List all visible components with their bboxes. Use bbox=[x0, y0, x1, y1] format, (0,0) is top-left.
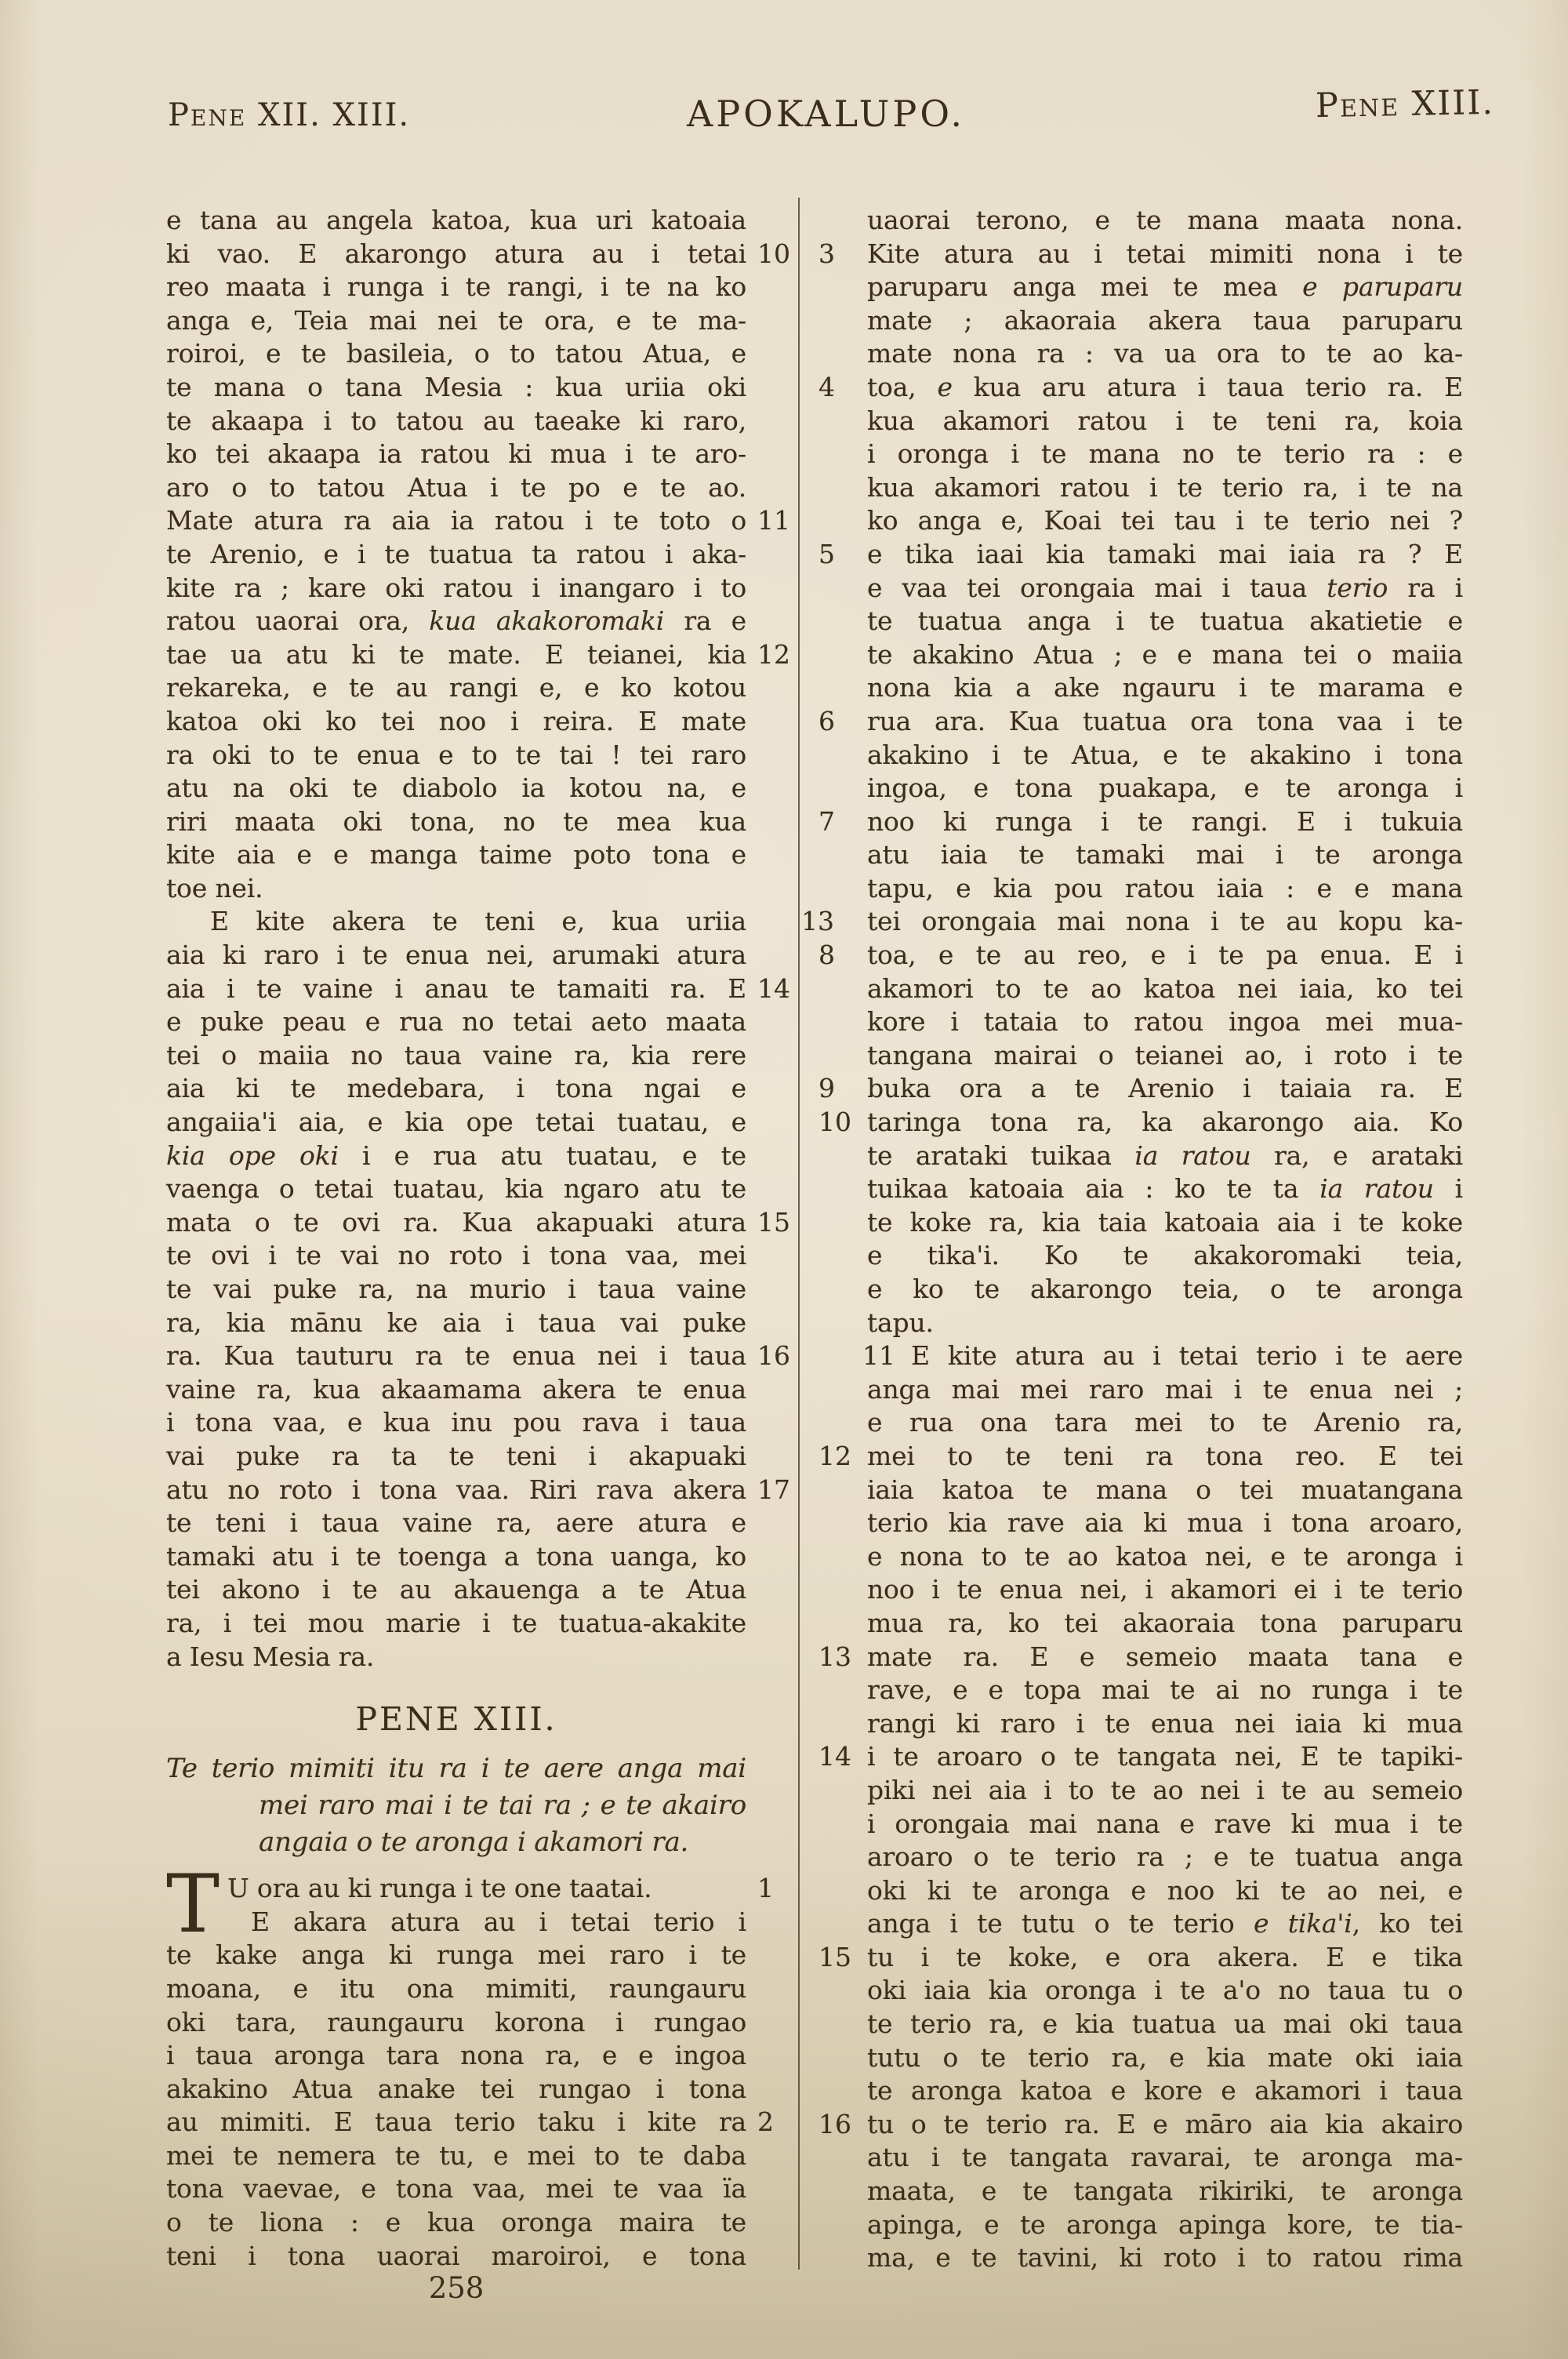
text-line: piki nei aia i to te ao nei i te au seme… bbox=[867, 1774, 1463, 1808]
text-line: oki tara, raungauru korona i rungao bbox=[166, 2006, 746, 2040]
text-line: i tona vaa, e kua inu pou rava i taua bbox=[166, 1406, 746, 1440]
verse-number: 10 bbox=[750, 238, 798, 271]
text-line: o te liona : e kua oronga maira te bbox=[166, 2206, 746, 2240]
verse-number: 14 bbox=[750, 972, 798, 1006]
text-line: kua akamori ratou i te teni ra, koia bbox=[867, 405, 1463, 438]
text-line: te teni i taua vaine ra, aere atura e bbox=[166, 1507, 746, 1540]
text-line: i taua aronga tara nona ra, e e ingoa bbox=[166, 2039, 746, 2073]
text-line: ra, i tei mou marie i te tuatua-akakite bbox=[166, 1607, 746, 1641]
text-line: atu no roto i tona vaa. Riri rava akera1… bbox=[166, 1474, 746, 1507]
left-column-verse-text: U ora au ki runga i te one taatai.1E aka… bbox=[166, 1872, 746, 2273]
text-line: taringa tona ra, ka akarongo aia. Ko10 bbox=[867, 1106, 1463, 1140]
verse-number: 3 bbox=[818, 238, 856, 271]
verse-number: 12 bbox=[750, 638, 798, 672]
text-line: mei te nemera te tu, e mei to te daba bbox=[166, 2139, 746, 2173]
verse-number: 13 bbox=[750, 905, 798, 939]
text-line: ra. Kua tauturu ra te enua nei i taua16 bbox=[166, 1339, 746, 1373]
text-line: kua akamori ratou i te terio ra, i te na bbox=[867, 471, 1463, 505]
text-line: atu na oki te diabolo ia kotou na, e bbox=[166, 772, 746, 805]
verse-number: 16 bbox=[750, 1339, 798, 1373]
text-line: aro o to tatou Atua i te po e te ao. bbox=[166, 471, 746, 505]
verse-number: 14 bbox=[818, 1740, 856, 1774]
text-line: aroaro o te terio ra ; e te tuatua anga bbox=[867, 1841, 1463, 1874]
verse-number: 6 bbox=[818, 705, 856, 739]
text-line: akakino Atua anake tei rungao i tona bbox=[166, 2073, 746, 2106]
verse-number: 9 bbox=[818, 1072, 856, 1106]
verse-number: 12 bbox=[818, 1440, 856, 1474]
text-line: uaorai terono, e te mana maata nona. bbox=[867, 204, 1463, 238]
verse-number: 15 bbox=[750, 1206, 798, 1240]
text-line: kite ra ; kare oki ratou i inangaro i to bbox=[166, 572, 746, 605]
text-line: e rua ona tara mei to te Arenio ra, bbox=[867, 1406, 1463, 1440]
text-line: tei akono i te au akauenga a te Atua bbox=[166, 1573, 746, 1607]
text-line: toa, e kua aru atura i taua terio ra. E4 bbox=[867, 371, 1463, 405]
text-line: mei to te teni ra tona reo. E tei12 bbox=[867, 1440, 1463, 1474]
text-line: mate ra. E e semeio maata tana e13 bbox=[867, 1641, 1463, 1674]
text-line: aia i te vaine i anau te tamaiti ra. E14 bbox=[166, 972, 746, 1006]
text-line: te Arenio, e i te tuatua ta ratou i aka- bbox=[166, 538, 746, 572]
verse-number: 2 bbox=[750, 2106, 798, 2139]
text-line: anga i te tutu o te terio e tika'i, ko t… bbox=[867, 1907, 1463, 1941]
text-line: aia ki te medebara, i tona ngai e bbox=[166, 1072, 746, 1106]
text-line: ra, kia mānu ke aia i taua vai puke bbox=[166, 1307, 746, 1340]
text-line: ra oki to te enua e to te tai ! tei raro bbox=[166, 739, 746, 772]
text-line: te kake anga ki runga mei raro i te bbox=[166, 1939, 746, 1972]
text-line: te terio ra, e kia tuatua ua mai oki tau… bbox=[867, 2008, 1463, 2041]
text-line: E akara atura au i tetai terio i bbox=[166, 1906, 746, 1939]
text-line: atu iaia te tamaki mai i te aronga bbox=[867, 838, 1463, 872]
chapter-summary-line: Te terio mimiti itu ra i te aere anga ma… bbox=[166, 1750, 746, 1787]
verse-number: 4 bbox=[818, 371, 856, 405]
text-line: a Iesu Mesia ra. bbox=[166, 1641, 746, 1674]
text-line: mate nona ra : va ua ora to te ao ka- bbox=[867, 337, 1463, 371]
text-line: kore i tataia to ratou ingoa mei mua- bbox=[867, 1005, 1463, 1039]
text-line: E kite akera te teni e, kua uriia13 bbox=[166, 905, 746, 939]
text-line: ingoa, e tona puakapa, e te aronga i bbox=[867, 772, 1463, 805]
text-line: moana, e itu ona mimiti, raungauru bbox=[166, 1972, 746, 2006]
text-line: reo maata i runga i te rangi, i te na ko bbox=[166, 271, 746, 304]
verse-number: 10 bbox=[818, 1106, 856, 1140]
verse-number: 1 bbox=[750, 1872, 798, 1906]
text-line: i te aroaro o te tangata nei, E te tapik… bbox=[867, 1740, 1463, 1774]
text-line: tei orongaia mai nona i te au kopu ka- bbox=[867, 905, 1463, 939]
text-line: tona vaevae, e tona vaa, mei te vaa ïa bbox=[166, 2172, 746, 2206]
text-line: e puke peau e rua no tetai aeto maata bbox=[166, 1005, 746, 1039]
text-line: mata o te ovi ra. Kua akapuaki atura15 bbox=[166, 1206, 746, 1240]
text-line: tamaki atu i te toenga a tona uanga, ko bbox=[166, 1540, 746, 1574]
text-line: te ovi i te vai no roto i tona vaa, mei bbox=[166, 1239, 746, 1273]
text-line: oki ki te aronga e noo ki te ao nei, e bbox=[867, 1874, 1463, 1908]
text-line: tuikaa katoaia aia : ko te ta ia ratou i bbox=[867, 1172, 1463, 1206]
text-line: ko tei akaapa ia ratou ki mua i te aro- bbox=[166, 438, 746, 471]
verse-number: 7 bbox=[818, 805, 856, 839]
text-line: roiroi, e te basileia, o to tatou Atua, … bbox=[166, 337, 746, 371]
text-line: kia ope oki i e rua atu tuatau, e te bbox=[166, 1140, 746, 1173]
text-line: noo ki runga i te rangi. E i tukuia7 bbox=[867, 805, 1463, 839]
text-line: ko anga e, Koai tei tau i te terio nei ? bbox=[867, 504, 1463, 538]
text-line: tangana mairai o teianei ao, i roto i te bbox=[867, 1039, 1463, 1073]
text-line: te akakino Atua ; e e mana tei o maiia bbox=[867, 638, 1463, 672]
text-line: e vaa tei orongaia mai i taua terio ra i bbox=[867, 572, 1463, 605]
chapter-summary: Te terio mimiti itu ra i te aere anga ma… bbox=[166, 1750, 746, 1861]
text-line: tutu o te terio ra, e kia mate oki iaia bbox=[867, 2041, 1463, 2075]
chapter-summary-line: angaia o te aronga i akamori ra. bbox=[166, 1824, 746, 1861]
text-line: vai puke ra ta te teni i akapuaki bbox=[166, 1440, 746, 1474]
text-line: akamori to te ao katoa nei iaia, ko tei bbox=[867, 972, 1463, 1006]
text-line: tae ua atu ki te mate. E teianei, kia12 bbox=[166, 638, 746, 672]
text-line: angaiia'i aia, e kia ope tetai tuatau, e bbox=[166, 1106, 746, 1140]
text-line: te arataki tuikaa ia ratou ra, e arataki bbox=[867, 1140, 1463, 1173]
text-line: te aronga katoa e kore e akamori i taua bbox=[867, 2074, 1463, 2108]
right-column-text: uaorai terono, e te mana maata nona.Kite… bbox=[867, 204, 1463, 2275]
scanned-book-page: Pene XII. XIII. APOKALUPO. Pene XIII. e … bbox=[0, 0, 1568, 2359]
text-line: i orongaia mai nana e rave ki mua i te bbox=[867, 1808, 1463, 1841]
left-column-text: e tana au angela katoa, kua uri katoaiak… bbox=[166, 204, 746, 1674]
chapter-heading: PENE XIII. bbox=[166, 1700, 746, 1738]
verse-number: 15 bbox=[818, 1941, 856, 1975]
text-line: Kite atura au i tetai mimiti nona i te3 bbox=[867, 238, 1463, 271]
text-line: riri maata oki tona, no te mea kua bbox=[166, 805, 746, 839]
text-line: ki vao. E akarongo atura au i tetai10 bbox=[166, 238, 746, 271]
text-line: te akaapa i to tatou au taeake ki raro, bbox=[166, 405, 746, 438]
text-line: noo i te enua nei, i akamori ei i te ter… bbox=[867, 1573, 1463, 1607]
text-line: maata, e te tangata rikiriki, te aronga bbox=[867, 2175, 1463, 2208]
text-line: tei o maiia no taua vaine ra, kia rere bbox=[166, 1039, 746, 1073]
verse-number: 8 bbox=[818, 939, 856, 972]
text-line: e ko te akarongo teia, o te aronga bbox=[867, 1273, 1463, 1307]
text-line: tapu, e kia pou ratou iaia : e e mana bbox=[867, 872, 1463, 906]
verse-number: 11 bbox=[818, 1339, 856, 1373]
text-line: kite aia e e manga taime poto tona e bbox=[166, 838, 746, 872]
text-line: nona kia a ake ngauru i te marama e bbox=[867, 671, 1463, 705]
text-line: vaine ra, kua akaamama akera te enua bbox=[166, 1373, 746, 1407]
text-line: rangi ki raro i te enua nei iaia ki mua bbox=[867, 1707, 1463, 1741]
text-line: mate ; akaoraia akera taua paruparu bbox=[867, 304, 1463, 338]
verse-number: 13 bbox=[818, 1641, 856, 1674]
text-line: paruparu anga mei te mea e paruparu bbox=[867, 271, 1463, 304]
text-line: toe nei. bbox=[166, 872, 746, 906]
text-line: apinga, e te aronga apinga kore, te tia- bbox=[867, 2208, 1463, 2242]
text-line: E kite atura au i tetai terio i te aere1… bbox=[867, 1339, 1463, 1373]
text-line: ratou uaorai ora, kua akakoromaki ra e bbox=[166, 605, 746, 638]
text-line: te mana o tana Mesia : kua uriia oki bbox=[166, 371, 746, 405]
text-line: anga e, Teia mai nei te ora, e te ma- bbox=[166, 304, 746, 338]
verse-number: 16 bbox=[818, 2108, 856, 2142]
running-head-title: APOKALUPO. bbox=[687, 93, 965, 135]
chapter-summary-line: mei raro mai i te tai ra ; e te akairo bbox=[166, 1787, 746, 1824]
text-line: anga mai mei raro mai i te enua nei ; bbox=[867, 1373, 1463, 1407]
running-head-right: Pene XIII. bbox=[1316, 83, 1495, 125]
page-number: 258 bbox=[166, 2271, 746, 2305]
verse-1-block: T U ora au ki runga i te one taatai.1E a… bbox=[166, 1872, 746, 2273]
right-column: uaorai terono, e te mana maata nona.Kite… bbox=[867, 196, 1463, 2275]
text-line: au mimiti. E taua terio taku i kite ra2 bbox=[166, 2106, 746, 2139]
verse-number: 17 bbox=[750, 1474, 798, 1507]
text-line: te vai puke ra, na murio i taua vaine bbox=[166, 1273, 746, 1307]
text-line: U ora au ki runga i te one taatai.1 bbox=[166, 1872, 746, 1906]
text-line: teni i tona uaorai maroiroi, e tona bbox=[166, 2240, 746, 2274]
running-head-left: Pene XII. XIII. bbox=[168, 97, 410, 133]
text-line: toa, e te au reo, e i te pa enua. E i8 bbox=[867, 939, 1463, 972]
text-line: e tana au angela katoa, kua uri katoaia bbox=[166, 204, 746, 238]
text-line: rekareka, e te au rangi e, e ko kotou bbox=[166, 671, 746, 705]
text-line: Mate atura ra aia ia ratou i te toto o11 bbox=[166, 504, 746, 538]
text-line: te koke ra, kia taia katoaia aia i te ko… bbox=[867, 1206, 1463, 1240]
text-line: oki iaia kia oronga i te a'o no taua tu … bbox=[867, 1974, 1463, 2008]
text-line: tu i te koke, e ora akera. E e tika15 bbox=[867, 1941, 1463, 1975]
text-line: tu o te terio ra. E e māro aia kia akair… bbox=[867, 2108, 1463, 2142]
text-line: katoa oki ko tei noo i reira. E mate bbox=[166, 705, 746, 739]
verse-number: 11 bbox=[750, 504, 798, 538]
text-line: buka ora a te Arenio i taiaia ra. E9 bbox=[867, 1072, 1463, 1106]
text-line: ma, e te tavini, ki roto i to ratou rima bbox=[867, 2241, 1463, 2275]
left-column: e tana au angela katoa, kua uri katoaiak… bbox=[166, 196, 746, 2273]
text-line: iaia katoa te mana o tei muatangana bbox=[867, 1474, 1463, 1507]
text-line: atu i te tangata ravarai, te aronga ma- bbox=[867, 2141, 1463, 2175]
text-line: mua ra, ko tei akaoraia tona paruparu bbox=[867, 1607, 1463, 1641]
text-line: aia ki raro i te enua nei, arumaki atura bbox=[166, 939, 746, 972]
text-line: tapu. bbox=[867, 1307, 1463, 1340]
text-line: te tuatua anga i te tuatua akatietie e bbox=[867, 605, 1463, 638]
text-line: i oronga i te mana no te terio ra : e bbox=[867, 438, 1463, 471]
text-line: terio kia rave aia ki mua i tona aroaro, bbox=[867, 1507, 1463, 1540]
text-line: e tika iaai kia tamaki mai iaia ra ? E5 bbox=[867, 538, 1463, 572]
text-line: e nona to te ao katoa nei, e te aronga i bbox=[867, 1540, 1463, 1574]
text-line: akakino i te Atua, e te akakino i tona bbox=[867, 739, 1463, 772]
verse-number: 5 bbox=[818, 538, 856, 572]
text-line: e tika'i. Ko te akakoromaki teia, bbox=[867, 1239, 1463, 1273]
text-line: vaenga o tetai tuatau, kia ngaro atu te bbox=[166, 1172, 746, 1206]
text-line: rave, e e topa mai te ai no runga i te bbox=[867, 1674, 1463, 1707]
text-line: rua ara. Kua tuatua ora tona vaa i te6 bbox=[867, 705, 1463, 739]
column-divider-rule bbox=[798, 198, 800, 2270]
